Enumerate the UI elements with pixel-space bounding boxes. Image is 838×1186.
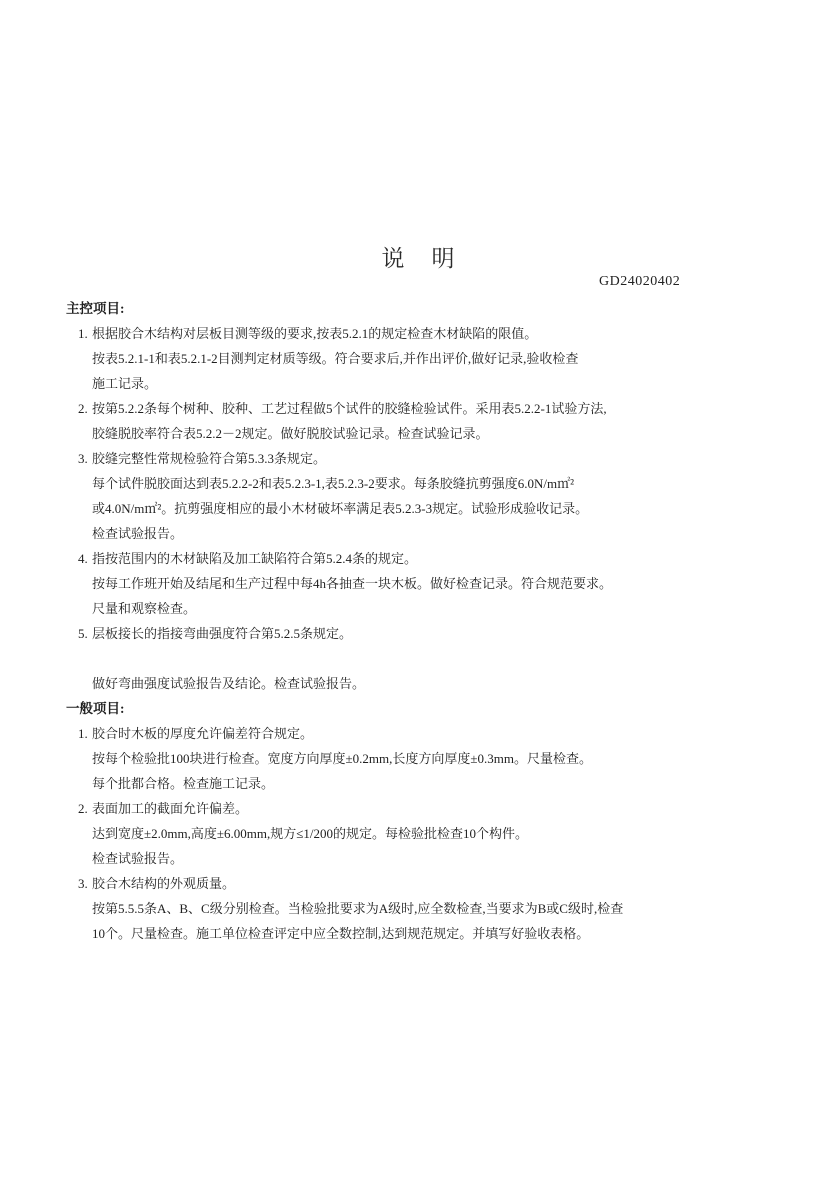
line-text: 胶缝脱胶率符合表5.2.2－2规定。做好脱胶试验记录。检查试验记录。 bbox=[92, 426, 489, 441]
doc-line: 按每个检验批100块进行检查。宽度方向厚度±0.2mm,长度方向厚度±0.3mm… bbox=[66, 746, 772, 771]
item-number: 4. bbox=[78, 546, 92, 571]
line-text: 做好弯曲强度试验报告及结论。检查试验报告。 bbox=[92, 676, 365, 691]
section-header-main: 主控项目: bbox=[66, 296, 772, 321]
doc-line: 达到宽度±2.0mm,高度±6.00mm,规方≤1/200的规定。每检验批检查1… bbox=[66, 821, 772, 846]
doc-title: 说 明 bbox=[0, 240, 838, 273]
section-header-text: 一般项目: bbox=[66, 701, 125, 716]
doc-line: 按表5.2.1-1和表5.2.1-2目测判定材质等级。符合要求后,并作出评价,做… bbox=[66, 346, 772, 371]
line-text: 按第5.2.2条每个树种、胶种、工艺过程做5个试件的胶缝检验试件。采用表5.2.… bbox=[92, 401, 607, 416]
line-text: 检查试验报告。 bbox=[92, 526, 183, 541]
line-text: 按每个检验批100块进行检查。宽度方向厚度±0.2mm,长度方向厚度±0.3mm… bbox=[92, 751, 592, 766]
line-text: 胶合时木板的厚度允许偏差符合规定。 bbox=[92, 726, 313, 741]
item-number: 2. bbox=[78, 396, 92, 421]
doc-line: 检查试验报告。 bbox=[66, 846, 772, 871]
doc-line: 每个批都合格。检查施工记录。 bbox=[66, 771, 772, 796]
doc-line: 尺量和观察检查。 bbox=[66, 596, 772, 621]
doc-line: 2.按第5.2.2条每个树种、胶种、工艺过程做5个试件的胶缝检验试件。采用表5.… bbox=[66, 396, 772, 421]
item-number: 3. bbox=[78, 871, 92, 896]
line-text: 施工记录。 bbox=[92, 376, 157, 391]
line-text: 按表5.2.1-1和表5.2.1-2目测判定材质等级。符合要求后,并作出评价,做… bbox=[92, 351, 578, 366]
line-text: 表面加工的截面允许偏差。 bbox=[92, 801, 248, 816]
line-text: 按第5.5.5条A、B、C级分别检查。当检验批要求为A级时,应全数检查,当要求为… bbox=[92, 901, 623, 916]
line-text: 胶合木结构的外观质量。 bbox=[92, 876, 235, 891]
line-text: 每个批都合格。检查施工记录。 bbox=[92, 776, 274, 791]
item-number: 3. bbox=[78, 446, 92, 471]
item-number: 1. bbox=[78, 321, 92, 346]
blank-line bbox=[66, 646, 772, 671]
line-text: 尺量和观察检查。 bbox=[92, 601, 196, 616]
doc-line: 检查试验报告。 bbox=[66, 521, 772, 546]
line-text: 每个试件脱胶面达到表5.2.2-2和表5.2.3-1,表5.2.3-2要求。每条… bbox=[92, 476, 574, 491]
doc-line: 做好弯曲强度试验报告及结论。检查试验报告。 bbox=[66, 671, 772, 696]
doc-line: 3.胶缝完整性常规检验符合第5.3.3条规定。 bbox=[66, 446, 772, 471]
doc-body: 主控项目: 1.根据胶合木结构对层板目测等级的要求,按表5.2.1的规定检查木材… bbox=[66, 296, 772, 946]
doc-line: 2.表面加工的截面允许偏差。 bbox=[66, 796, 772, 821]
doc-line: 4.指按范围内的木材缺陷及加工缺陷符合第5.2.4条的规定。 bbox=[66, 546, 772, 571]
line-text: 胶缝完整性常规检验符合第5.3.3条规定。 bbox=[92, 451, 326, 466]
doc-code-number: GD24020402 bbox=[599, 274, 680, 290]
item-number: 5. bbox=[78, 621, 92, 646]
doc-line: 每个试件脱胶面达到表5.2.2-2和表5.2.3-1,表5.2.3-2要求。每条… bbox=[66, 471, 772, 496]
line-text: 指按范围内的木材缺陷及加工缺陷符合第5.2.4条的规定。 bbox=[92, 551, 417, 566]
doc-line: 1.根据胶合木结构对层板目测等级的要求,按表5.2.1的规定检查木材缺陷的限值。 bbox=[66, 321, 772, 346]
doc-line: 或4.0N/m㎡²。抗剪强度相应的最小木材破坏率满足表5.2.3-3规定。试验形… bbox=[66, 496, 772, 521]
line-text: 层板接长的指接弯曲强度符合第5.2.5条规定。 bbox=[92, 626, 352, 641]
document-page: 说 明 GD24020402 主控项目: 1.根据胶合木结构对层板目测等级的要求… bbox=[0, 0, 838, 1186]
doc-line: 按第5.5.5条A、B、C级分别检查。当检验批要求为A级时,应全数检查,当要求为… bbox=[66, 896, 772, 921]
doc-line: 按每工作班开始及结尾和生产过程中每4h各抽查一块木板。做好检查记录。符合规范要求… bbox=[66, 571, 772, 596]
line-text: 按每工作班开始及结尾和生产过程中每4h各抽查一块木板。做好检查记录。符合规范要求… bbox=[92, 576, 612, 591]
doc-line: 1.胶合时木板的厚度允许偏差符合规定。 bbox=[66, 721, 772, 746]
item-number: 2. bbox=[78, 796, 92, 821]
doc-line: 5.层板接长的指接弯曲强度符合第5.2.5条规定。 bbox=[66, 621, 772, 646]
line-text: 根据胶合木结构对层板目测等级的要求,按表5.2.1的规定检查木材缺陷的限值。 bbox=[92, 326, 537, 341]
item-number: 1. bbox=[78, 721, 92, 746]
section-header-text: 主控项目: bbox=[66, 301, 125, 316]
line-text: 10个。尺量检查。施工单位检查评定中应全数控制,达到规范规定。并填写好验收表格。 bbox=[92, 926, 589, 941]
doc-line: 10个。尺量检查。施工单位检查评定中应全数控制,达到规范规定。并填写好验收表格。 bbox=[66, 921, 772, 946]
doc-line: 施工记录。 bbox=[66, 371, 772, 396]
doc-line: 胶缝脱胶率符合表5.2.2－2规定。做好脱胶试验记录。检查试验记录。 bbox=[66, 421, 772, 446]
section-header-general: 一般项目: bbox=[66, 696, 772, 721]
line-text: 检查试验报告。 bbox=[92, 851, 183, 866]
doc-line: 3.胶合木结构的外观质量。 bbox=[66, 871, 772, 896]
line-text: 达到宽度±2.0mm,高度±6.00mm,规方≤1/200的规定。每检验批检查1… bbox=[92, 826, 528, 841]
line-text: 或4.0N/m㎡²。抗剪强度相应的最小木材破坏率满足表5.2.3-3规定。试验形… bbox=[92, 501, 588, 516]
